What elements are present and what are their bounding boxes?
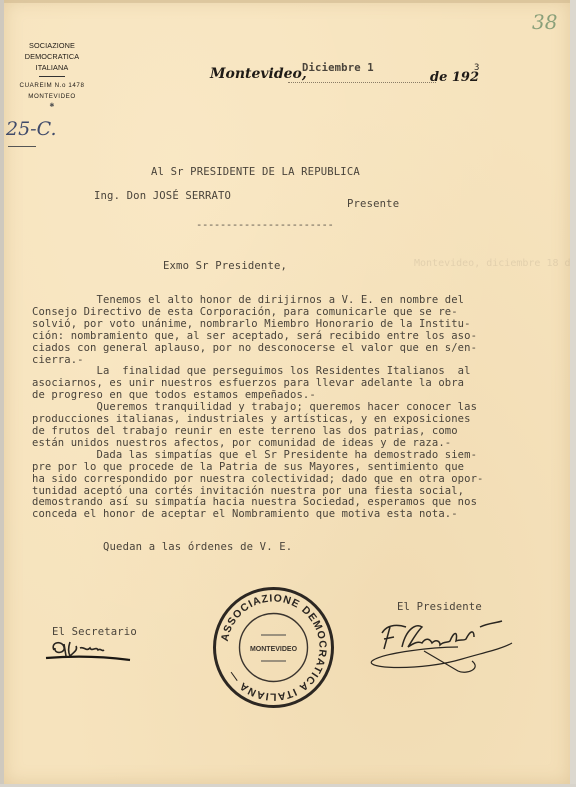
president-label: El Presidente <box>397 601 482 613</box>
dateline-place: Montevideo, <box>210 66 307 82</box>
stamp-center-text: MONTEVIDEO <box>250 646 298 653</box>
association-stamp-icon: ASSOCIAZIONE DEMOCRATICA ITALIANA — MONT… <box>211 585 336 710</box>
body-line: solvió, por voto unánime, nombrarlo Miem… <box>32 319 552 331</box>
body-line: ciados con general aplauso, por no desco… <box>32 343 552 355</box>
body-line: conceda el honor de aceptar el Nombramie… <box>32 509 552 521</box>
letterhead-city: MONTEVIDEO <box>4 91 100 102</box>
body-line: están unidos nuestros afectos, por comun… <box>32 438 552 450</box>
dateline-year-suffix: 3 <box>474 63 479 73</box>
page-top-edge <box>4 0 570 3</box>
secretary-signature-icon <box>40 636 140 664</box>
address-separator: ----------------------- <box>196 219 334 231</box>
scan-edge-right <box>570 0 576 787</box>
letterhead: SOCIAZIONE DEMOCRATICA ITALIANA CUAREIM … <box>4 40 100 110</box>
body-line: Dada las simpatías que el Sr Presidente … <box>32 450 552 462</box>
reference-mark: 25-C. <box>6 118 57 140</box>
letterhead-line2: ITALIANA <box>4 62 100 73</box>
reference-underline <box>8 146 36 147</box>
dateline-year-prefix: de 192 <box>430 70 479 85</box>
body-line: ción: nombramiento que, al ser aceptado,… <box>32 331 552 343</box>
dateline-dotted-rule <box>288 82 436 83</box>
addressee-title: Al Sr PRESIDENTE DE LA REPUBLICA <box>151 166 360 178</box>
letterhead-address: CUAREIM N.o 1478 <box>4 80 100 91</box>
president-signature-icon <box>362 613 522 677</box>
letter-body: Tenemos el alto honor de dirijirnos a V.… <box>32 295 552 521</box>
addressee-presente: Presente <box>347 198 399 210</box>
closing-line: Quedan a las órdenes de V. E. <box>103 541 292 553</box>
letterhead-rule <box>39 76 65 77</box>
letterhead-line1: SOCIAZIONE DEMOCRATICA <box>4 40 100 62</box>
salutation: Exmo Sr Presidente, <box>163 260 287 272</box>
bleed-through-text: Montevideo, diciembre 18 de 1923. <box>414 258 576 269</box>
folio-number: 38 <box>532 10 557 34</box>
body-line: pre por lo que procede de la Patria de s… <box>32 462 552 474</box>
body-line: ha sido correspondido por nuestra colect… <box>32 474 552 486</box>
dateline-date: Diciembre 1 <box>302 62 374 74</box>
letter-page: SOCIAZIONE DEMOCRATICA ITALIANA CUAREIM … <box>4 0 570 784</box>
addressee-name: Ing. Don JOSÉ SERRATO <box>94 190 231 202</box>
letterhead-ornament-icon: ✱ <box>4 102 100 110</box>
